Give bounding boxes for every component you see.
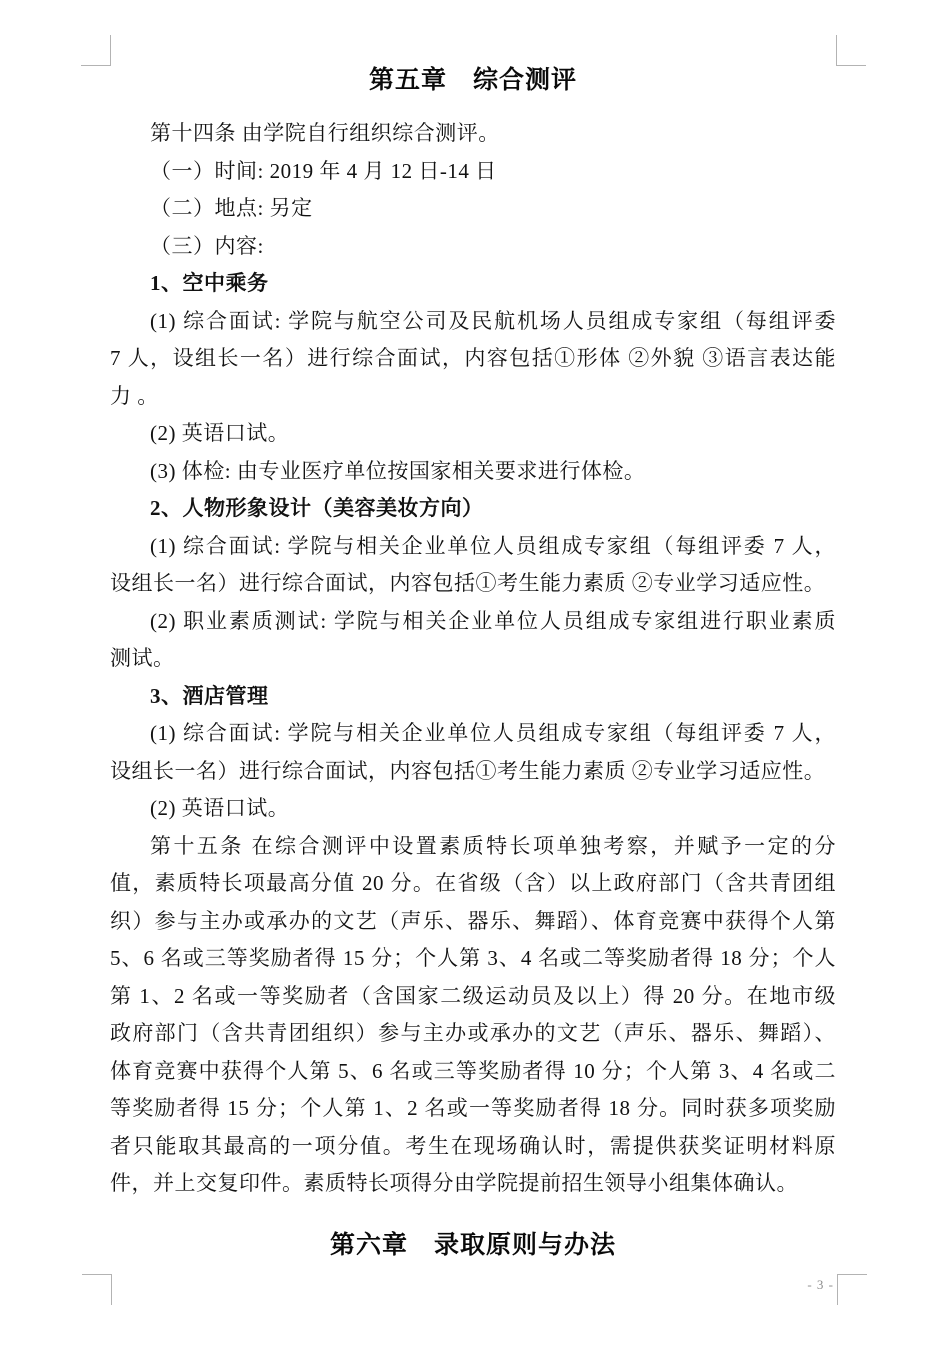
paragraph: (3) 体检: 由专业医疗单位按国家相关要求进行体检。	[110, 453, 836, 491]
text-line: 5、6 名或三等奖励者得 15 分；个人第 3、4 名或二等奖励者得 18 分；…	[110, 940, 836, 978]
section-heading: 2、人物形象设计（美容美妆方向）	[110, 490, 836, 528]
margin-corner-mark-top-left	[81, 35, 111, 66]
text-line: (3) 体检: 由专业医疗单位按国家相关要求进行体检。	[110, 453, 836, 491]
margin-corner-mark-bottom-left	[82, 1274, 112, 1305]
chapter-heading: 第六章 录取原则与办法	[110, 1229, 836, 1263]
text-line: 测试。	[110, 640, 836, 678]
section-heading: 3、酒店管理	[110, 678, 836, 716]
paragraph: (2) 英语口试。	[110, 415, 836, 453]
page-number: - 3 -	[807, 1276, 834, 1294]
paragraph: (2) 英语口试。	[110, 790, 836, 828]
paragraph: (1) 综合面试: 学院与相关企业单位人员组成专家组（每组评委 7 人，设组长一…	[110, 528, 836, 603]
text-line: (1) 综合面试: 学院与相关企业单位人员组成专家组（每组评委 7 人，	[110, 528, 836, 566]
document-body: 第十四条 由学院自行组织综合测评。（一）时间: 2019 年 4 月 12 日-…	[110, 115, 836, 1263]
paragraph: （一）时间: 2019 年 4 月 12 日-14 日	[110, 153, 836, 191]
text-line: 体育竞赛中获得个人第 5、6 名或三等奖励者得 10 分；个人第 3、4 名或二	[110, 1053, 836, 1091]
margin-corner-mark-bottom-right	[837, 1274, 867, 1305]
chapter-title: 第五章 综合测评	[110, 64, 836, 98]
text-line: （一）时间: 2019 年 4 月 12 日-14 日	[110, 153, 836, 191]
paragraph: （三）内容:	[110, 228, 836, 266]
text-line: 第六章 录取原则与办法	[110, 1229, 836, 1263]
text-line: 等奖励者得 15 分；个人第 1、2 名或一等奖励者得 18 分。同时获多项奖励	[110, 1090, 836, 1128]
text-line: 力 。	[110, 378, 836, 416]
document-content: 第五章 综合测评 第十四条 由学院自行组织综合测评。（一）时间: 2019 年 …	[110, 0, 836, 1263]
document-page: { "page": { "page_number": "- 3 -" }, "c…	[0, 0, 946, 1369]
text-line: 设组长一名）进行综合面试，内容包括①考生能力素质 ②专业学习适应性。	[110, 753, 836, 791]
text-line: （三）内容:	[110, 228, 836, 266]
text-line: 7 人，设组长一名）进行综合面试，内容包括①形体 ②外貌 ③语言表达能	[110, 340, 836, 378]
paragraph: （二）地点: 另定	[110, 190, 836, 228]
paragraph: (1) 综合面试: 学院与航空公司及民航机场人员组成专家组（每组评委7 人，设组…	[110, 303, 836, 416]
text-line: 政府部门（含共青团组织）参与主办或承办的文艺（声乐、器乐、舞蹈）、	[110, 1015, 836, 1053]
text-line: 3、酒店管理	[110, 678, 836, 716]
text-line: (2) 职业素质测试: 学院与相关企业单位人员组成专家组进行职业素质	[110, 603, 836, 641]
text-line: 设组长一名）进行综合面试，内容包括①考生能力素质 ②专业学习适应性。	[110, 565, 836, 603]
paragraph: (2) 职业素质测试: 学院与相关企业单位人员组成专家组进行职业素质测试。	[110, 603, 836, 678]
text-line: 件，并上交复印件。素质特长项得分由学院提前招生领导小组集体确认。	[110, 1165, 836, 1203]
text-line: 1、空中乘务	[110, 265, 836, 303]
text-line: 第十五条 在综合测评中设置素质特长项单独考察，并赋予一定的分	[110, 828, 836, 866]
text-line: （二）地点: 另定	[110, 190, 836, 228]
text-line: 者只能取其最高的一项分值。考生在现场确认时，需提供获奖证明材料原	[110, 1128, 836, 1166]
section-heading: 1、空中乘务	[110, 265, 836, 303]
paragraph: 第十五条 在综合测评中设置素质特长项单独考察，并赋予一定的分值，素质特长项最高分…	[110, 828, 836, 1203]
text-line: (2) 英语口试。	[110, 415, 836, 453]
text-line: (1) 综合面试: 学院与航空公司及民航机场人员组成专家组（每组评委	[110, 303, 836, 341]
paragraph: 第十四条 由学院自行组织综合测评。	[110, 115, 836, 153]
text-line: 第十四条 由学院自行组织综合测评。	[110, 115, 836, 153]
text-line: (2) 英语口试。	[110, 790, 836, 828]
paragraph: (1) 综合面试: 学院与相关企业单位人员组成专家组（每组评委 7 人，设组长一…	[110, 715, 836, 790]
text-line: (1) 综合面试: 学院与相关企业单位人员组成专家组（每组评委 7 人，	[110, 715, 836, 753]
text-line: 织）参与主办或承办的文艺（声乐、器乐、舞蹈）、体育竞赛中获得个人第	[110, 903, 836, 941]
text-line: 2、人物形象设计（美容美妆方向）	[110, 490, 836, 528]
margin-corner-mark-top-right	[836, 35, 866, 66]
text-line: 第 1、2 名或一等奖励者（含国家二级运动员及以上）得 20 分。在地市级	[110, 978, 836, 1016]
text-line: 值，素质特长项最高分值 20 分。在省级（含）以上政府部门（含共青团组	[110, 865, 836, 903]
